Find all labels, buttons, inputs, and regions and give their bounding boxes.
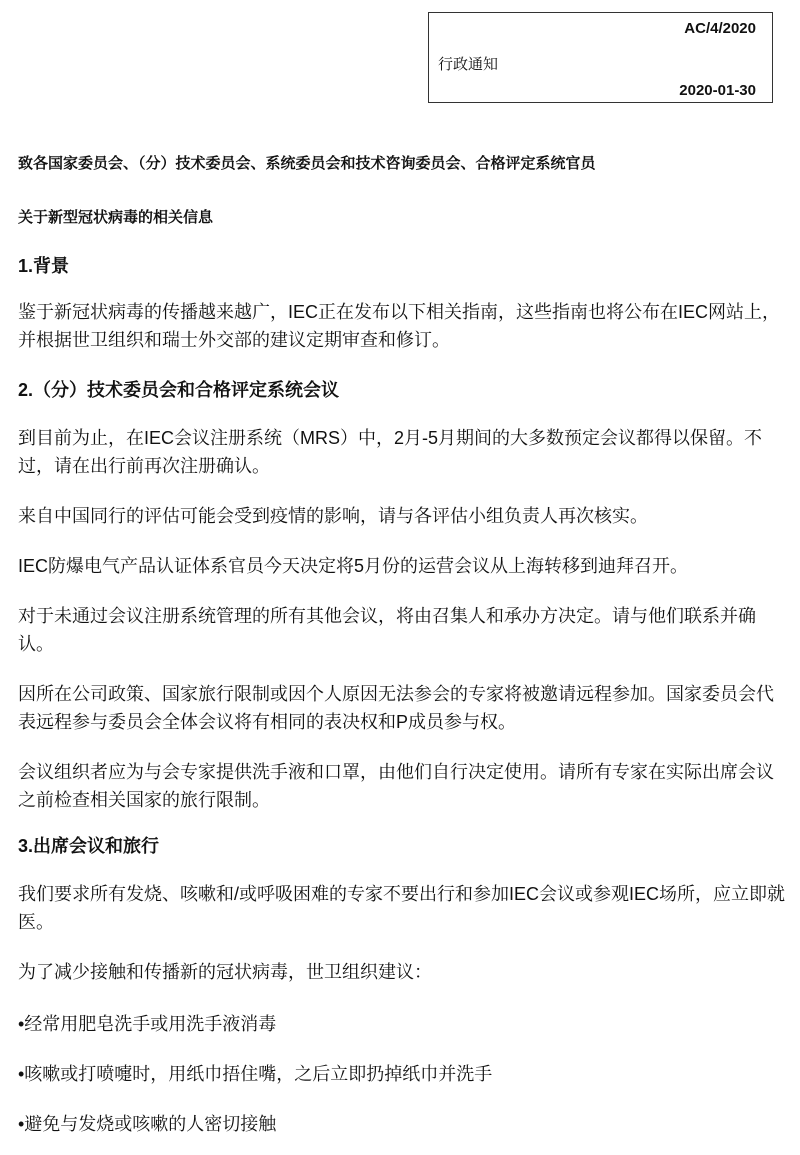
paragraph-remote-participation: 因所在公司政策、国家旅行限制或因个人原因无法参会的专家将被邀请远程参加。国家委员… [18, 680, 788, 736]
paragraph-mrs: 到目前为止，在IEC会议注册系统（MRS）中，2月-5月期间的大多数预定会议都得… [18, 424, 788, 480]
bullet-item-avoid-contact: •避免与发烧或咳嗽的人密切接触 [18, 1110, 788, 1138]
bullet-item-cover-cough: •咳嗽或打喷嚏时，用纸巾捂住嘴，之后立即扔掉纸巾并洗手 [18, 1060, 788, 1088]
paragraph-text: 我们要求所有发烧、咳嗽和/或呼吸困难的专家不要出行和参加IEC会议或参观IEC场… [18, 880, 788, 936]
paragraph-text: 鉴于新冠状病毒的传播越来越广，IEC正在发布以下相关指南，这些指南也将公布在IE… [18, 298, 788, 354]
paragraph-text: 为了减少接触和传播新的冠状病毒，世卫组织建议： [18, 958, 788, 986]
section-heading-travel: 3.出席会议和旅行 [18, 834, 788, 858]
document-date: 2020-01-30 [679, 82, 756, 99]
paragraph-china-assessments: 来自中国同行的评估可能会受到疫情的影响，请与各评估小组负责人再次核实。 [18, 502, 788, 530]
subject-line: 关于新型冠状病毒的相关信息 [18, 208, 788, 228]
paragraph-text: 会议组织者应为与会专家提供洗手液和口罩，由他们自行决定使用。请所有专家在实际出席… [18, 758, 788, 814]
paragraph-text: IEC防爆电气产品认证体系官员今天决定将5月份的运营会议从上海转移到迪拜召开。 [18, 552, 788, 580]
paragraph-text: 对于未通过会议注册系统管理的所有其他会议，将由召集人和承办方决定。请与他们联系并… [18, 602, 788, 658]
paragraph-text: 到目前为止，在IEC会议注册系统（MRS）中，2月-5月期间的大多数预定会议都得… [18, 424, 788, 480]
paragraph-iecex-meeting: IEC防爆电气产品认证体系官员今天决定将5月份的运营会议从上海转移到迪拜召开。 [18, 552, 788, 580]
paragraph-sanitizer-masks: 会议组织者应为与会专家提供洗手液和口罩，由他们自行决定使用。请所有专家在实际出席… [18, 758, 788, 814]
paragraph-symptoms: 我们要求所有发烧、咳嗽和/或呼吸困难的专家不要出行和参加IEC会议或参观IEC场… [18, 880, 788, 936]
paragraph-text: 来自中国同行的评估可能会受到疫情的影响，请与各评估小组负责人再次核实。 [18, 502, 788, 530]
section-heading-meetings: 2.（分）技术委员会和合格评定系统会议 [18, 378, 788, 402]
document-reference-box: AC/4/2020 行政通知 2020-01-30 [428, 12, 773, 103]
paragraph-other-meetings: 对于未通过会议注册系统管理的所有其他会议，将由召集人和承办方决定。请与他们联系并… [18, 602, 788, 658]
paragraph-who-advice: 为了减少接触和传播新的冠状病毒，世卫组织建议： [18, 958, 788, 986]
paragraph-background: 鉴于新冠状病毒的传播越来越广，IEC正在发布以下相关指南，这些指南也将公布在IE… [18, 298, 788, 354]
section-heading-background: 1.背景 [18, 254, 788, 278]
addressee-line: 致各国家委员会、（分）技术委员会、系统委员会和技术咨询委员会、合格评定系统官员 [18, 154, 788, 174]
document-code: AC/4/2020 [684, 20, 756, 37]
document-type: 行政通知 [438, 53, 498, 74]
bullet-item-handwashing: •经常用肥皂洗手或用洗手液消毒 [18, 1010, 788, 1038]
paragraph-text: 因所在公司政策、国家旅行限制或因个人原因无法参会的专家将被邀请远程参加。国家委员… [18, 680, 788, 736]
